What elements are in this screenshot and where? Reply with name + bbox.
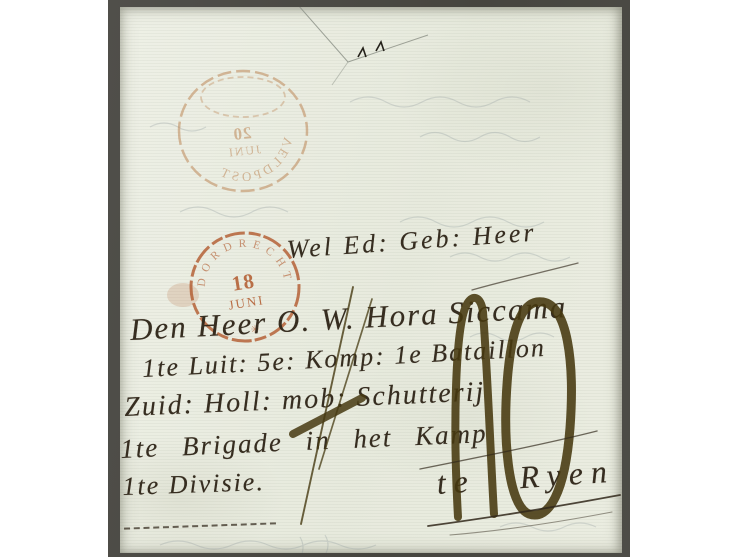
letter-photo: VELDPOST 20 JUNI DORDRECHT <box>108 0 630 557</box>
rate-mark-4-crossed <box>293 287 372 524</box>
ink-marks-overlay <box>120 7 622 553</box>
page-background: VELDPOST 20 JUNI DORDRECHT <box>0 0 740 557</box>
rate-mark-10 <box>455 298 571 517</box>
letter-paper: VELDPOST 20 JUNI DORDRECHT <box>120 7 622 553</box>
pen-flourishes <box>420 263 620 535</box>
